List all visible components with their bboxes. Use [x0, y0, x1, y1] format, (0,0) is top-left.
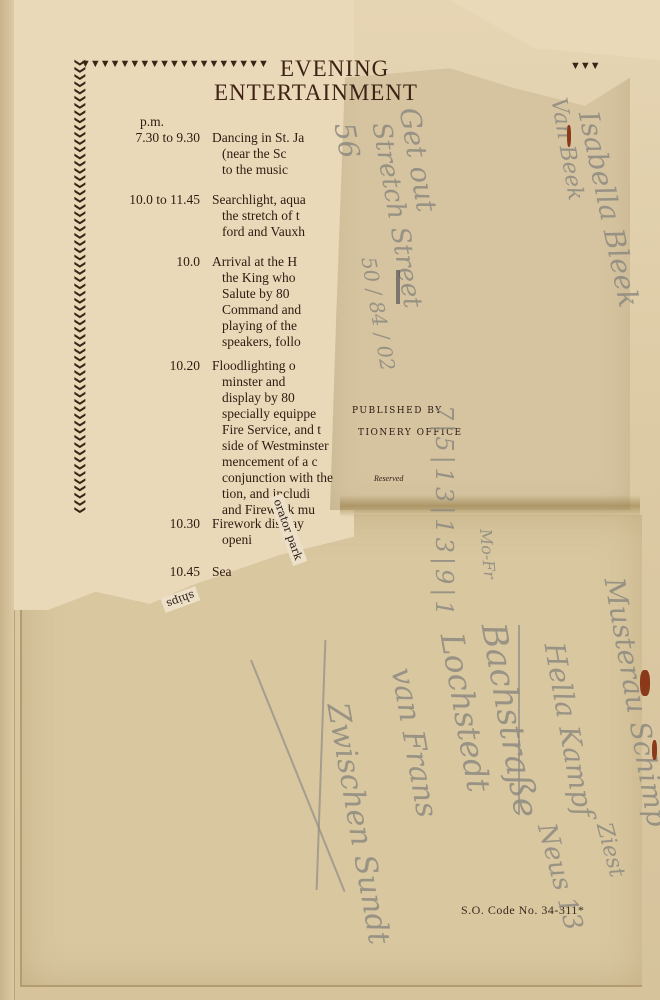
schedule-desc: Searchlight, aqua the stretch of t ford …	[212, 192, 362, 240]
desc-line: mencement of a c	[212, 454, 362, 470]
schedule-time: 10.20	[100, 358, 200, 374]
desc-line: speakers, follo	[212, 334, 362, 350]
reserved-notice: Reserved	[374, 474, 403, 483]
chevron-icon: ❯❯❯❯❯❯❯❯❯❯❯❯❯❯❯❯❯❯❯❯❯❯❯❯❯❯❯❯❯❯❯❯❯❯❯❯❯❯❯❯…	[76, 58, 85, 513]
handwriting-note: 7|5|13|13|9|1	[430, 405, 458, 620]
rust-stain	[652, 740, 657, 760]
desc-line: the stretch of t	[212, 208, 362, 224]
desc-line: to the music	[212, 162, 362, 178]
desc-line: Floodlighting o	[212, 358, 296, 373]
rust-stain	[640, 670, 650, 696]
binding-edge	[0, 0, 15, 1000]
schedule-desc: Floodlighting o minster and display by 8…	[212, 358, 362, 518]
desc-line: Dancing in St. Ja	[212, 130, 304, 145]
desc-line: Fire Service, and t	[212, 422, 362, 438]
chevron-border-top-right: ▼▼▼	[570, 60, 600, 74]
schedule-time: 10.0	[100, 254, 200, 270]
schedule-desc: Sea	[212, 564, 362, 580]
schedule-time: 10.0 to 11.45	[100, 192, 200, 208]
desc-line: side of Westminster	[212, 438, 362, 454]
schedule-time: 10.45	[100, 564, 200, 580]
water-stain-edge	[340, 495, 640, 517]
desc-line: the King who	[212, 270, 362, 286]
pencil-line	[518, 625, 520, 815]
desc-line: conjunction with the	[212, 470, 362, 486]
desc-line: Salute by 80	[212, 286, 362, 302]
desc-line: Command and	[212, 302, 362, 318]
desc-line: minster and	[212, 374, 362, 390]
title-line-1: EVENING	[280, 56, 389, 82]
desc-line: specially equippe	[212, 406, 362, 422]
desc-line: Searchlight, aqua	[212, 192, 306, 207]
chevron-border-left: ❯❯❯❯❯❯❯❯❯❯❯❯❯❯❯❯❯❯❯❯❯❯❯❯❯❯❯❯❯❯❯❯❯❯❯❯❯❯❯❯…	[72, 58, 88, 603]
desc-line: Sea	[212, 564, 232, 579]
handwriting-note: 56	[328, 120, 367, 161]
desc-line: ford and Vauxh	[212, 224, 362, 240]
time-header: p.m.	[140, 114, 164, 130]
schedule-time: 7.30 to 9.30	[100, 130, 200, 146]
schedule-time: 10.30	[100, 516, 200, 532]
pencil-mark	[396, 270, 400, 304]
desc-line: playing of the	[212, 318, 362, 334]
desc-line: tion, and includi	[212, 486, 362, 502]
schedule-desc: Arrival at the H the King who Salute by …	[212, 254, 362, 350]
rust-stain	[567, 125, 571, 147]
desc-line: display by 80	[212, 390, 362, 406]
desc-line: Arrival at the H	[212, 254, 297, 269]
chevron-border-top: ▼▼▼▼▼▼▼▼▼▼▼▼▼▼▼▼▼▼▼▼▼▼	[80, 58, 270, 72]
title-line-2: ENTERTAINMENT	[214, 80, 418, 106]
